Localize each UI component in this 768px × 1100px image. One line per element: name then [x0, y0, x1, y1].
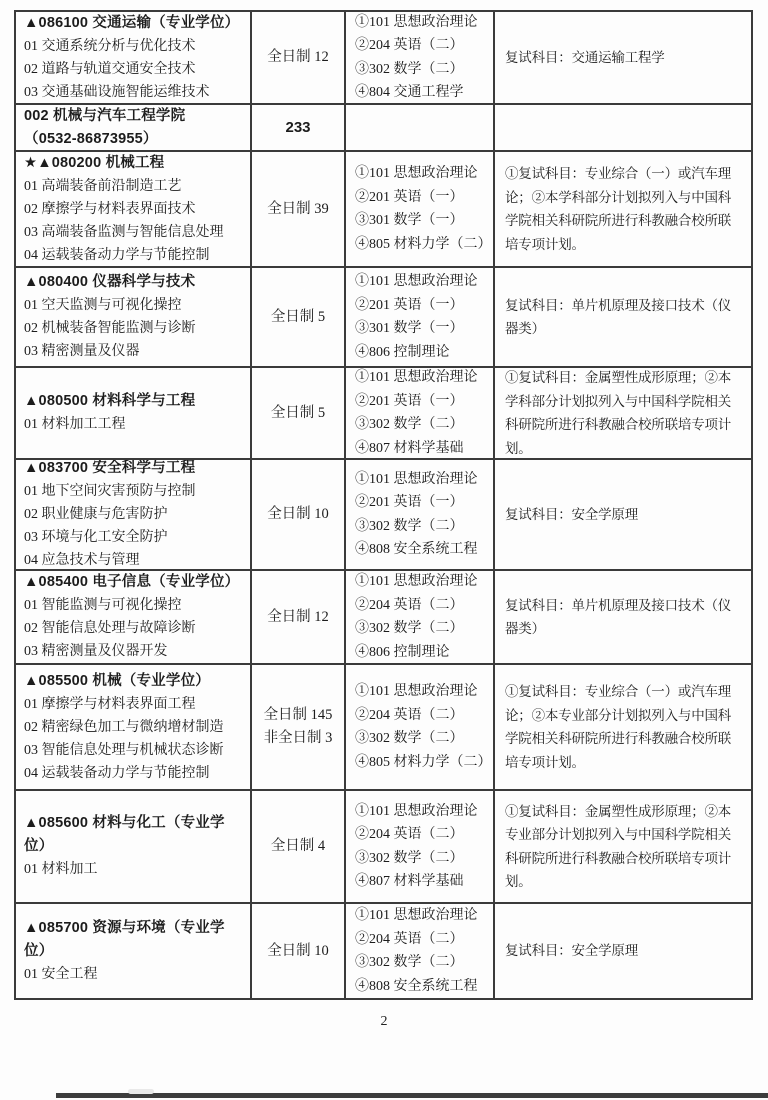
research-direction: 02 智能信息处理与故障诊断	[24, 617, 196, 640]
college-phone: （0532-86873955）	[24, 128, 158, 151]
research-direction: 01 高端装备前沿制造工艺	[24, 175, 182, 198]
research-direction: 03 精密测量及仪器	[24, 340, 140, 363]
college-title: 002 机械与汽车工程学院	[24, 105, 185, 128]
retest-subjects-text: 复试科目：安全学原理	[505, 939, 638, 963]
retest-cell: 复试科目：安全学原理	[495, 904, 753, 1000]
program-cell: ▲083700 安全科学与工程 01 地下空间灾害预防与控制 02 职业健康与危…	[16, 460, 252, 571]
research-direction: 02 精密绿色加工与微纳增材制造	[24, 716, 224, 739]
research-direction: 01 空天监测与可视化操控	[24, 294, 182, 317]
research-direction: 01 材料加工	[24, 858, 98, 881]
exam-subject: ②204 英语（二）	[355, 34, 464, 58]
retest-cell: ①复试科目：专业综合（一）或汽车理论；②本专业部分计划拟列入与中国科学院相关科研…	[495, 665, 753, 791]
exam-subjects-cell: ①101 思想政治理论 ②201 英语（一） ③301 数学（一） ④805 材…	[346, 152, 495, 268]
enrollment-value: 非全日制 3	[264, 727, 333, 750]
research-direction: 02 机械装备智能监测与诊断	[24, 317, 196, 340]
exam-subject: ②201 英语（一）	[355, 186, 464, 210]
retest-subjects-text: ①复试科目：金属塑性成形原理；②本专业部分计划拟列入与中国科学院相关科研院所进行…	[505, 800, 742, 894]
research-direction: 03 高端装备监测与智能信息处理	[24, 221, 224, 244]
research-direction: 02 职业健康与危害防护	[24, 503, 168, 526]
research-direction: 03 交通基础设施智能运维技术	[24, 81, 210, 104]
research-direction: 01 地下空间灾害预防与控制	[24, 480, 196, 503]
retest-subjects-text: 复试科目：交通运输工程学	[505, 46, 665, 70]
program-title: ▲085600 材料与化工（专业学位）	[24, 812, 242, 858]
enrollment-value: 全日制 10	[267, 503, 329, 526]
program-title: ▲080500 材料科学与工程	[24, 390, 195, 413]
exam-subject: ①101 思想政治理论	[355, 368, 478, 390]
program-title: ▲085400 电子信息（专业学位）	[24, 571, 239, 594]
retest-cell: 复试科目：单片机原理及接口技术（仪器类）	[495, 268, 753, 368]
table-row: ▲085400 电子信息（专业学位） 01 智能监测与可视化操控 02 智能信息…	[16, 571, 753, 665]
program-cell: ▲085700 资源与环境（专业学位） 01 安全工程	[16, 904, 252, 1000]
scan-artifact	[128, 1089, 154, 1094]
retest-cell	[495, 105, 753, 152]
exam-subject: ①101 思想政治理论	[355, 571, 478, 594]
table-row: ▲086100 交通运输（专业学位） 01 交通系统分析与优化技术 02 道路与…	[16, 12, 753, 105]
page-number: 2	[0, 1014, 768, 1030]
exam-subjects-cell	[346, 105, 495, 152]
exam-subject: ①101 思想政治理论	[355, 270, 478, 294]
retest-cell: 复试科目：交通运输工程学	[495, 12, 753, 105]
retest-subjects-text: 复试科目：单片机原理及接口技术（仪器类）	[505, 294, 742, 341]
exam-subjects-cell: ①101 思想政治理论 ②204 英语（二） ③302 数学（二） ④805 材…	[346, 665, 495, 791]
research-direction: 01 安全工程	[24, 963, 98, 986]
exam-subject: ③302 数学（二）	[355, 58, 464, 82]
program-title: ▲083700 安全科学与工程	[24, 460, 195, 480]
enrollment-value: 全日制 12	[267, 606, 329, 629]
exam-subjects-cell: ①101 思想政治理论 ②201 英语（一） ③302 数学（二） ④808 安…	[346, 460, 495, 571]
exam-subject: ①101 思想政治理论	[355, 162, 478, 186]
research-direction: 01 摩擦学与材料表界面工程	[24, 693, 196, 716]
exam-subjects-cell: ①101 思想政治理论 ②201 英语（一） ③302 数学（二） ④807 材…	[346, 368, 495, 460]
enrollment-cell: 全日制 5	[252, 268, 346, 368]
exam-subject: ③302 数学（二）	[355, 847, 464, 871]
exam-subject: ④808 安全系统工程	[355, 538, 478, 562]
table-row: ★▲080200 机械工程 01 高端装备前沿制造工艺 02 摩擦学与材料表界面…	[16, 152, 753, 268]
exam-subject: ①101 思想政治理论	[355, 800, 478, 824]
college-cell: 002 机械与汽车工程学院 （0532-86873955）	[16, 105, 252, 152]
enrollment-cell: 233	[252, 105, 346, 152]
exam-subject: ④806 控制理论	[355, 641, 450, 665]
enrollment-cell: 全日制 12	[252, 12, 346, 105]
program-cell: ★▲080200 机械工程 01 高端装备前沿制造工艺 02 摩擦学与材料表界面…	[16, 152, 252, 268]
research-direction: 02 摩擦学与材料表界面技术	[24, 198, 196, 221]
program-cell: ▲080400 仪器科学与技术 01 空天监测与可视化操控 02 机械装备智能监…	[16, 268, 252, 368]
scan-bottom-edge	[56, 1093, 768, 1098]
research-direction: 01 交通系统分析与优化技术	[24, 35, 196, 58]
enrollment-cell: 全日制 145 非全日制 3	[252, 665, 346, 791]
enrollment-value: 全日制 12	[267, 46, 329, 69]
table-row: ▲085700 资源与环境（专业学位） 01 安全工程 全日制 10 ①101 …	[16, 904, 753, 1000]
enrollment-cell: 全日制 10	[252, 460, 346, 571]
enrollment-cell: 全日制 5	[252, 368, 346, 460]
exam-subjects-cell: ①101 思想政治理论 ②204 英语（二） ③302 数学（二） ④804 交…	[346, 12, 495, 105]
research-direction: 04 应急技术与管理	[24, 549, 140, 571]
exam-subject: ④808 安全系统工程	[355, 975, 478, 999]
exam-subject: ④806 控制理论	[355, 341, 450, 365]
enrollment-value: 全日制 5	[271, 306, 325, 329]
exam-subject: ①101 思想政治理论	[355, 680, 478, 704]
program-cell: ▲080500 材料科学与工程 01 材料加工工程	[16, 368, 252, 460]
program-cell: ▲086100 交通运输（专业学位） 01 交通系统分析与优化技术 02 道路与…	[16, 12, 252, 105]
enrollment-cell: 全日制 12	[252, 571, 346, 665]
program-title: ▲086100 交通运输（专业学位）	[24, 12, 239, 35]
program-title: ★▲080200 机械工程	[24, 152, 164, 175]
exam-subject: ②204 英语（二）	[355, 704, 464, 728]
exam-subject: ①101 思想政治理论	[355, 468, 478, 492]
research-direction: 03 环境与化工安全防护	[24, 526, 168, 549]
exam-subjects-cell: ①101 思想政治理论 ②204 英语（二） ③302 数学（二） ④807 材…	[346, 791, 495, 904]
program-title: ▲085700 资源与环境（专业学位）	[24, 917, 242, 963]
admissions-table: ▲086100 交通运输（专业学位） 01 交通系统分析与优化技术 02 道路与…	[14, 10, 753, 1000]
program-title: ▲085500 机械（专业学位）	[24, 670, 210, 693]
exam-subject: ②201 英语（一）	[355, 390, 464, 414]
research-direction: 02 道路与轨道交通安全技术	[24, 58, 196, 81]
program-cell: ▲085600 材料与化工（专业学位） 01 材料加工	[16, 791, 252, 904]
retest-cell: ①复试科目：金属塑性成形原理；②本专业部分计划拟列入与中国科学院相关科研院所进行…	[495, 791, 753, 904]
exam-subject: ②204 英语（二）	[355, 823, 464, 847]
exam-subject: ③302 数学（二）	[355, 413, 464, 437]
retest-subjects-text: ①复试科目：专业综合（一）或汽车理论；②本学科部分计划拟列入与中国科学院相关科研…	[505, 162, 742, 256]
exam-subjects-cell: ①101 思想政治理论 ②204 英语（二） ③302 数学（二） ④806 控…	[346, 571, 495, 665]
table-row: ▲080400 仪器科学与技术 01 空天监测与可视化操控 02 机械装备智能监…	[16, 268, 753, 368]
exam-subject: ③302 数学（二）	[355, 727, 464, 751]
retest-subjects-text: ①复试科目：专业综合（一）或汽车理论；②本专业部分计划拟列入与中国科学院相关科研…	[505, 680, 742, 774]
exam-subject: ②201 英语（一）	[355, 294, 464, 318]
retest-cell: ①复试科目：金属塑性成形原理；②本学科部分计划拟列入与中国科学院相关科研院所进行…	[495, 368, 753, 460]
retest-cell: ①复试科目：专业综合（一）或汽车理论；②本学科部分计划拟列入与中国科学院相关科研…	[495, 152, 753, 268]
retest-subjects-text: 复试科目：安全学原理	[505, 503, 638, 527]
table-row: ▲080500 材料科学与工程 01 材料加工工程 全日制 5 ①101 思想政…	[16, 368, 753, 460]
college-total: 233	[285, 116, 310, 139]
exam-subject: ③301 数学（一）	[355, 209, 464, 233]
enrollment-value: 全日制 4	[271, 835, 325, 858]
retest-cell: 复试科目：单片机原理及接口技术（仪器类）	[495, 571, 753, 665]
exam-subject: ②204 英语（二）	[355, 928, 464, 952]
research-direction: 03 精密测量及仪器开发	[24, 640, 168, 663]
exam-subject: ①101 思想政治理论	[355, 904, 478, 928]
exam-subject: ③302 数学（二）	[355, 515, 464, 539]
research-direction: 01 智能监测与可视化操控	[24, 594, 182, 617]
exam-subject: ③301 数学（一）	[355, 317, 464, 341]
exam-subject: ④805 材料力学（二）	[355, 233, 492, 257]
exam-subject: ④807 材料学基础	[355, 437, 464, 461]
exam-subject: ②201 英语（一）	[355, 491, 464, 515]
retest-subjects-text: ①复试科目：金属塑性成形原理；②本学科部分计划拟列入与中国科学院相关科研院所进行…	[505, 368, 742, 460]
enrollment-cell: 全日制 39	[252, 152, 346, 268]
enrollment-cell: 全日制 4	[252, 791, 346, 904]
program-cell: ▲085500 机械（专业学位） 01 摩擦学与材料表界面工程 02 精密绿色加…	[16, 665, 252, 791]
exam-subject: ④805 材料力学（二）	[355, 751, 492, 775]
research-direction: 04 运载装备动力学与节能控制	[24, 762, 210, 785]
exam-subjects-cell: ①101 思想政治理论 ②201 英语（一） ③301 数学（一） ④806 控…	[346, 268, 495, 368]
enrollment-value: 全日制 5	[271, 402, 325, 425]
enrollment-value: 全日制 10	[267, 940, 329, 963]
research-direction: 03 智能信息处理与机械状态诊断	[24, 739, 224, 762]
enrollment-value: 全日制 39	[267, 198, 329, 221]
retest-cell: 复试科目：安全学原理	[495, 460, 753, 571]
exam-subject: ③302 数学（二）	[355, 951, 464, 975]
research-direction: 04 运载装备动力学与节能控制	[24, 244, 210, 267]
enrollment-value: 全日制 145	[264, 704, 333, 727]
table-row: 002 机械与汽车工程学院 （0532-86873955） 233	[16, 105, 753, 152]
exam-subject: ②204 英语（二）	[355, 594, 464, 618]
enrollment-cell: 全日制 10	[252, 904, 346, 1000]
program-cell: ▲085400 电子信息（专业学位） 01 智能监测与可视化操控 02 智能信息…	[16, 571, 252, 665]
table-row: ▲085600 材料与化工（专业学位） 01 材料加工 全日制 4 ①101 思…	[16, 791, 753, 904]
exam-subject: ①101 思想政治理论	[355, 12, 478, 34]
exam-subject: ③302 数学（二）	[355, 617, 464, 641]
exam-subject: ④807 材料学基础	[355, 870, 464, 894]
table-row: ▲083700 安全科学与工程 01 地下空间灾害预防与控制 02 职业健康与危…	[16, 460, 753, 571]
exam-subject: ④804 交通工程学	[355, 81, 464, 105]
table-row: ▲085500 机械（专业学位） 01 摩擦学与材料表界面工程 02 精密绿色加…	[16, 665, 753, 791]
exam-subjects-cell: ①101 思想政治理论 ②204 英语（二） ③302 数学（二） ④808 安…	[346, 904, 495, 1000]
retest-subjects-text: 复试科目：单片机原理及接口技术（仪器类）	[505, 594, 742, 641]
research-direction: 01 材料加工工程	[24, 413, 126, 436]
program-title: ▲080400 仪器科学与技术	[24, 271, 195, 294]
